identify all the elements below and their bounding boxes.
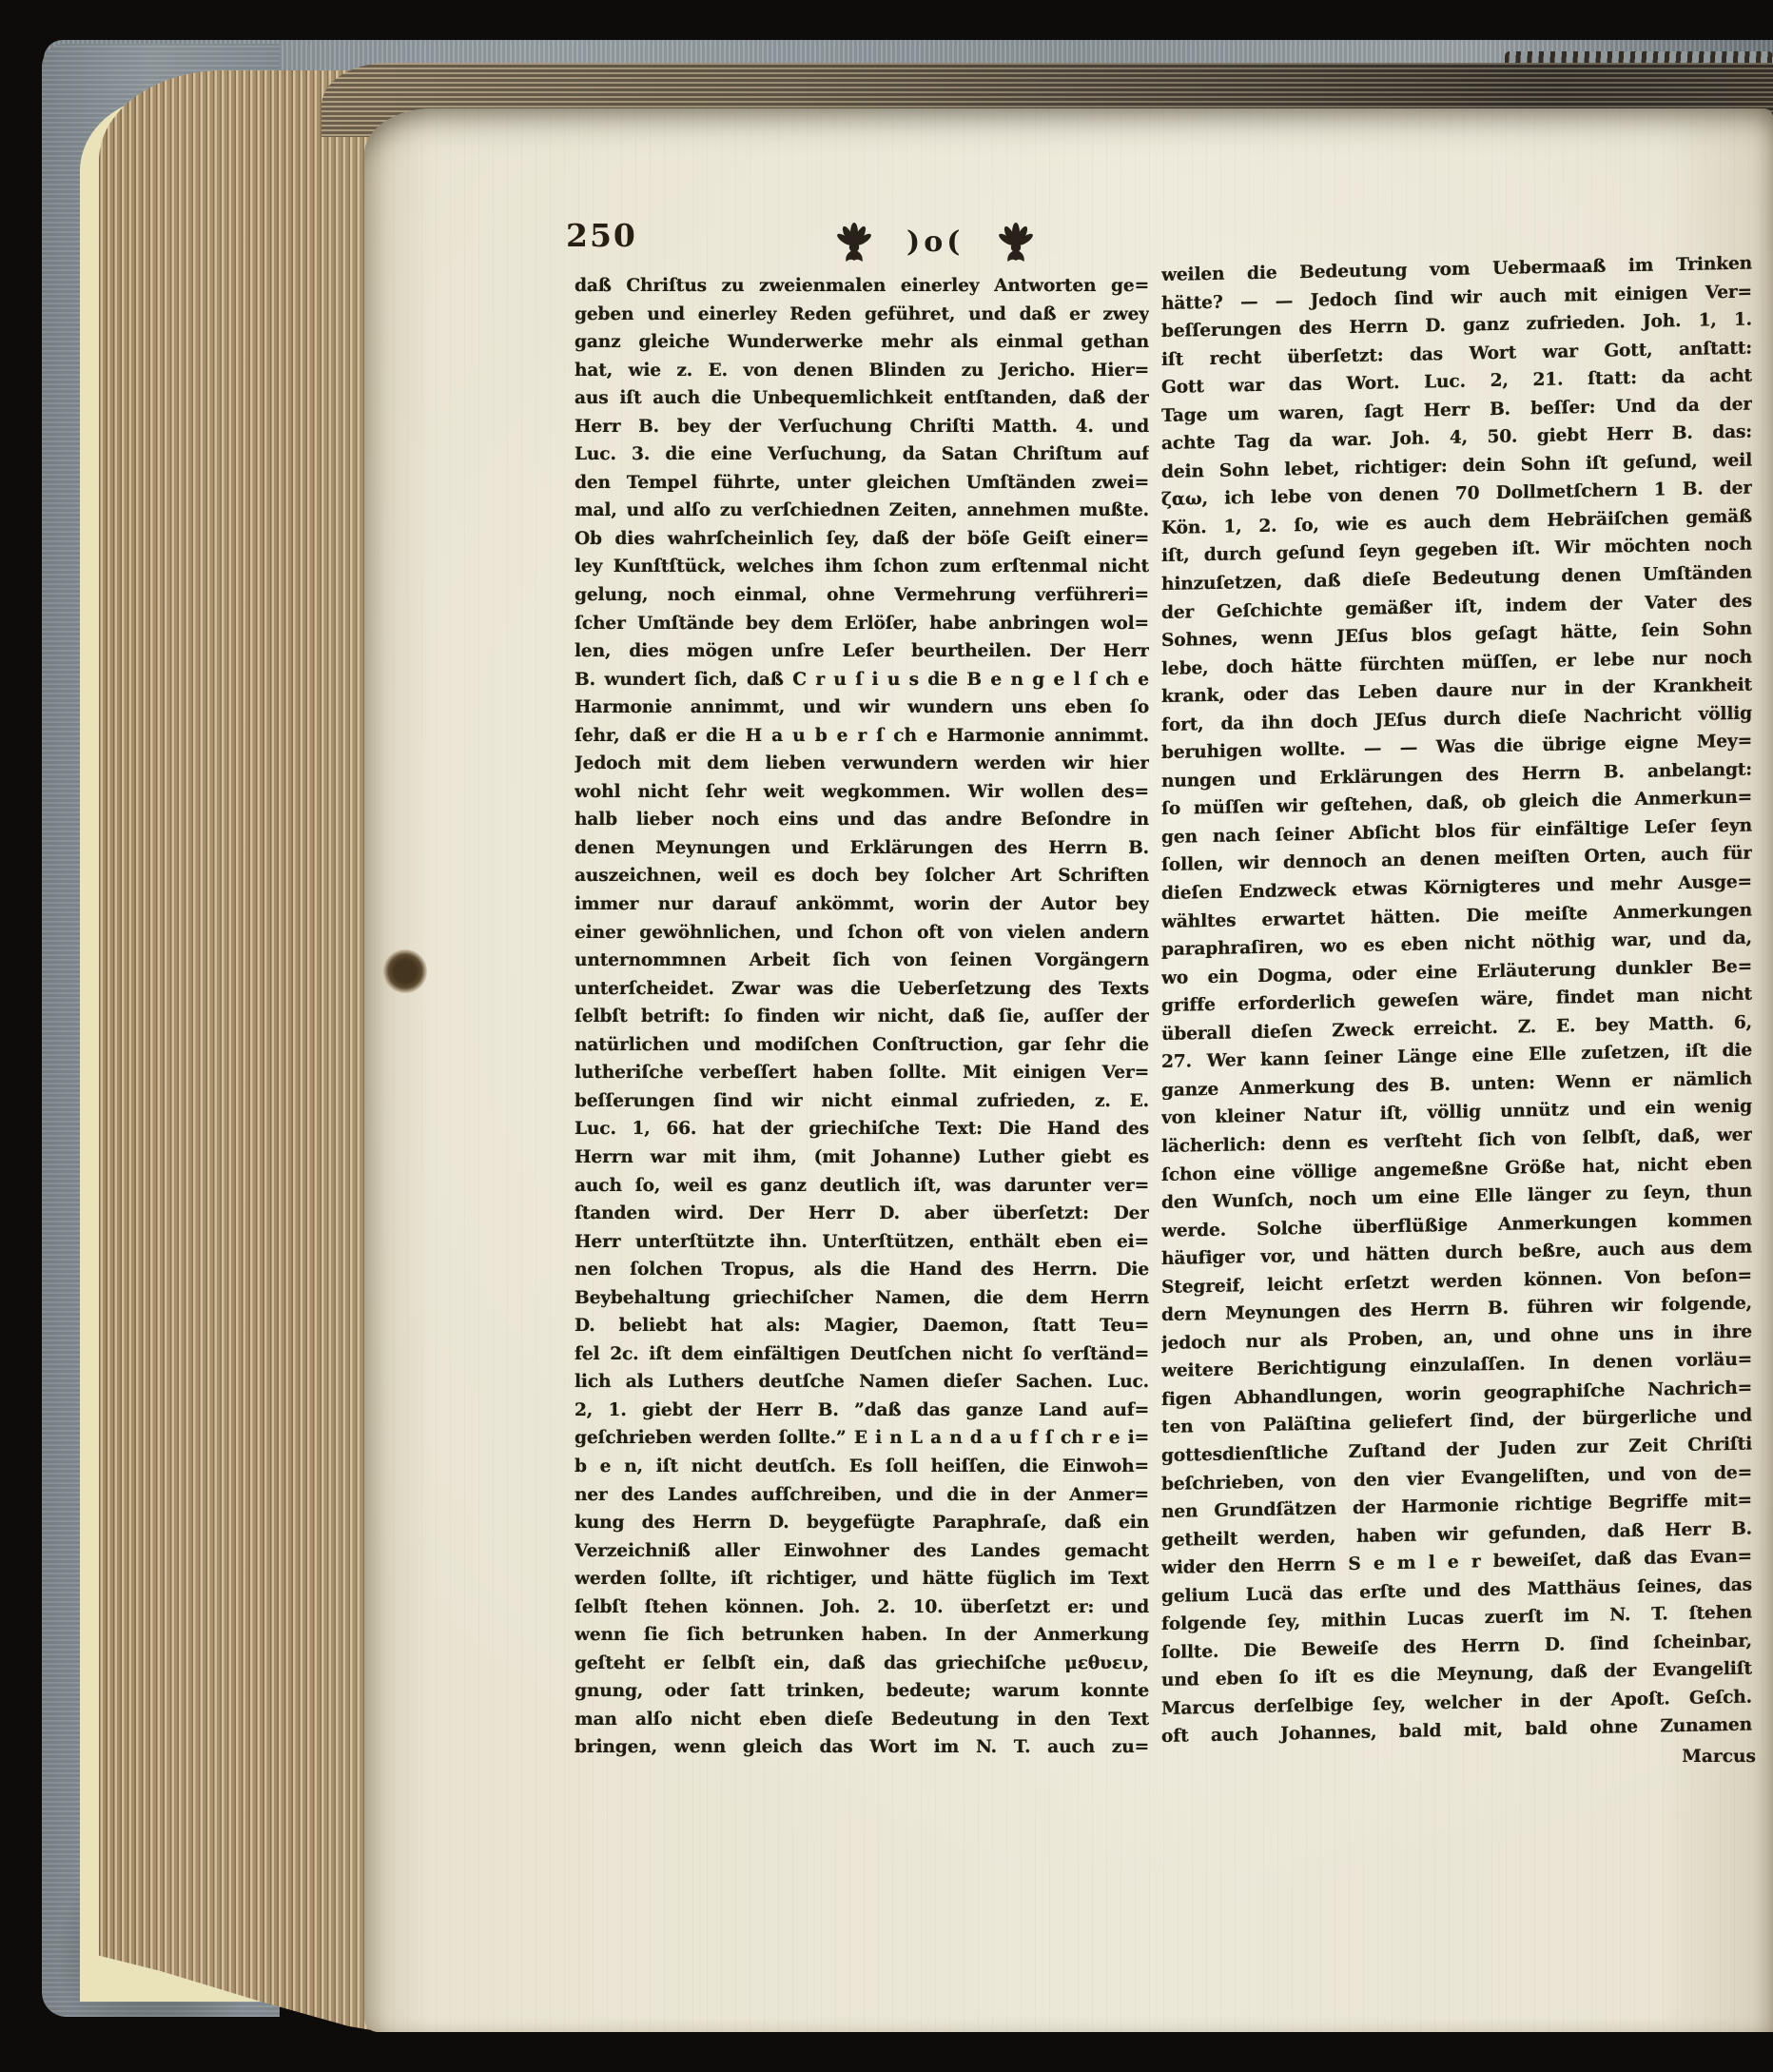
- text-line: ſtanden wird. Der Herr D. aber überſetzt…: [575, 1200, 1149, 1228]
- text-line: ſehr, daß er die H a u b e r ſ ch e Harm…: [575, 722, 1149, 751]
- fleuron-ornament-right-icon: [996, 219, 1036, 264]
- text-line: geſchrieben werden ſollte.” E i n L a n …: [575, 1424, 1149, 1453]
- text-line: einer gewöhnlichen, und ſchon oft von vi…: [575, 919, 1149, 948]
- text-line: 2, 1. giebt der Herr B. ”daß das ganze L…: [575, 1397, 1149, 1425]
- text-line: gelung, noch einmal, ohne Vermehrung ver…: [575, 581, 1149, 610]
- fleuron-ornament-left-icon: [834, 219, 874, 264]
- text-line: daß Chriſtus zu zweienmalen einerley Ant…: [575, 272, 1149, 301]
- text-line: halb lieber noch eins und das andre Beſo…: [575, 806, 1149, 834]
- text-line: lich als Luthers deutſche Namen dieſer S…: [575, 1368, 1149, 1397]
- text-line: beſſerungen ſind wir nicht einmal zufrie…: [575, 1087, 1149, 1116]
- text-line: lutheriſche verbeſſert haben ſollte. Mit…: [575, 1059, 1149, 1087]
- text-line: man alſo nicht eben dieſe Bedeutung in d…: [575, 1706, 1149, 1734]
- text-line: gnung, oder ſatt trinken, bedeute; warum…: [575, 1677, 1149, 1706]
- text-line: Herr B. bey der Verſuchung Chriſti Matth…: [575, 413, 1149, 441]
- book-scan: 250 )o(: [0, 0, 1773, 2072]
- text-line: geben und einerley Reden geführet, und d…: [575, 301, 1149, 329]
- text-line: B. wundert ſich, daß C r u ſ i u s die B…: [575, 666, 1149, 694]
- text-line: Harmonie annimmt, und wir wundern uns eb…: [575, 694, 1149, 722]
- text-line: aus iſt auch die Unbequemlichkeit entſta…: [575, 384, 1149, 413]
- text-line: D. beliebt hat als: Magier, Daemon, ſtat…: [575, 1312, 1149, 1340]
- text-line: ner des Landes aufſchreiben, und die in …: [575, 1481, 1149, 1510]
- text-line: fel 2c. iſt dem einfältigen Deutſchen ni…: [575, 1340, 1149, 1369]
- text-line: mal, und alſo zu verſchiednen Zeiten, an…: [575, 497, 1149, 525]
- text-line: Verzeichniß aller Einwohner des Landes g…: [575, 1537, 1149, 1566]
- text-line: Herr unterſtützte ihn. Unterſtützen, ent…: [575, 1228, 1149, 1257]
- text-line: denen Meynungen und Erklärungen des Herr…: [575, 834, 1149, 863]
- text-line: Luc. 3. die eine Verſuchung, da Satan Ch…: [575, 440, 1149, 469]
- text-line: unternommnen Arbeit ſich von ſeinen Vorg…: [575, 947, 1149, 975]
- signature-mark: )o(: [906, 225, 964, 259]
- page-number: 250: [566, 217, 637, 254]
- foxing-spot: [383, 949, 427, 993]
- text-line: auch ſo, weil es ganz deutlich iſt, was …: [575, 1172, 1149, 1201]
- text-line: Beybehaltung griechiſcher Namen, die dem…: [575, 1284, 1149, 1313]
- text-line: ſelbſt ſtehen können. Joh. 2. 10. überſe…: [575, 1593, 1149, 1622]
- text-line: bringen, wenn gleich das Wort im N. T. a…: [575, 1733, 1149, 1762]
- text-line: geſteht er ſelbſt ein, daß das griechiſc…: [575, 1650, 1149, 1678]
- text-line: kung des Herrn D. beygefügte Paraphraſe,…: [575, 1509, 1149, 1537]
- text-line: wenn ſie ſich betrunken haben. In der An…: [575, 1621, 1149, 1650]
- text-line: ſelbſt betrift: ſo finden wir nicht, daß…: [575, 1003, 1149, 1031]
- text-line: nen ſolchen Tropus, als die Hand des Her…: [575, 1256, 1149, 1284]
- text-line: werden ſollte, iſt richtiger, und hätte …: [575, 1565, 1149, 1593]
- text-line: den Tempel führte, unter gleichen Umſtän…: [575, 469, 1149, 498]
- text-column-left: daß Chriſtus zu zweienmalen einerley Ant…: [575, 272, 1149, 1762]
- book-page: 250 )o(: [364, 108, 1773, 2032]
- page-edges-stack-left: [99, 70, 382, 2032]
- text-line: b e n, iſt nicht deutſch. Es ſoll heiſſe…: [575, 1453, 1149, 1481]
- text-line: unterſcheidet. Zwar was die Ueberſetzung…: [575, 975, 1149, 1004]
- text-line: immer nur darauf ankömmt, worin der Auto…: [575, 890, 1149, 919]
- text-line: Jedoch mit dem lieben verwundern werden …: [575, 750, 1149, 778]
- text-line: hat, wie z. E. von denen Blinden zu Jeri…: [575, 357, 1149, 385]
- text-line: natürlichen und modiſchen Conſtruction, …: [575, 1031, 1149, 1060]
- text-line: Ob dies wahrſcheinlich ſey, daß der böſe…: [575, 525, 1149, 554]
- text-line: wohl nicht ſehr weit wegkommen. Wir woll…: [575, 778, 1149, 807]
- catchword: Marcus: [1682, 1747, 1756, 1767]
- text-line: ganz gleiche Wunderwerke mehr als einmal…: [575, 328, 1149, 357]
- text-line: len, dies mögen unſre Leſer beurtheilen.…: [575, 637, 1149, 666]
- text-line: Luc. 1, 66. hat der griechiſche Text: Di…: [575, 1115, 1149, 1144]
- text-line: Herrn war mit ihm, (mit Johanne) Luther …: [575, 1144, 1149, 1172]
- text-line: auszeichnen, weil es doch bey ſolcher Ar…: [575, 862, 1149, 890]
- text-line: ley Kunſtſtück, welches ihm ſchon zum er…: [575, 553, 1149, 581]
- header-ornaments: )o(: [834, 219, 1036, 264]
- text-line: ſcher Umſtände bey dem Erlöſer, habe anb…: [575, 610, 1149, 638]
- text-column-right: weilen die Bedeutung vom Uebermaaß im Tr…: [1161, 250, 1752, 1751]
